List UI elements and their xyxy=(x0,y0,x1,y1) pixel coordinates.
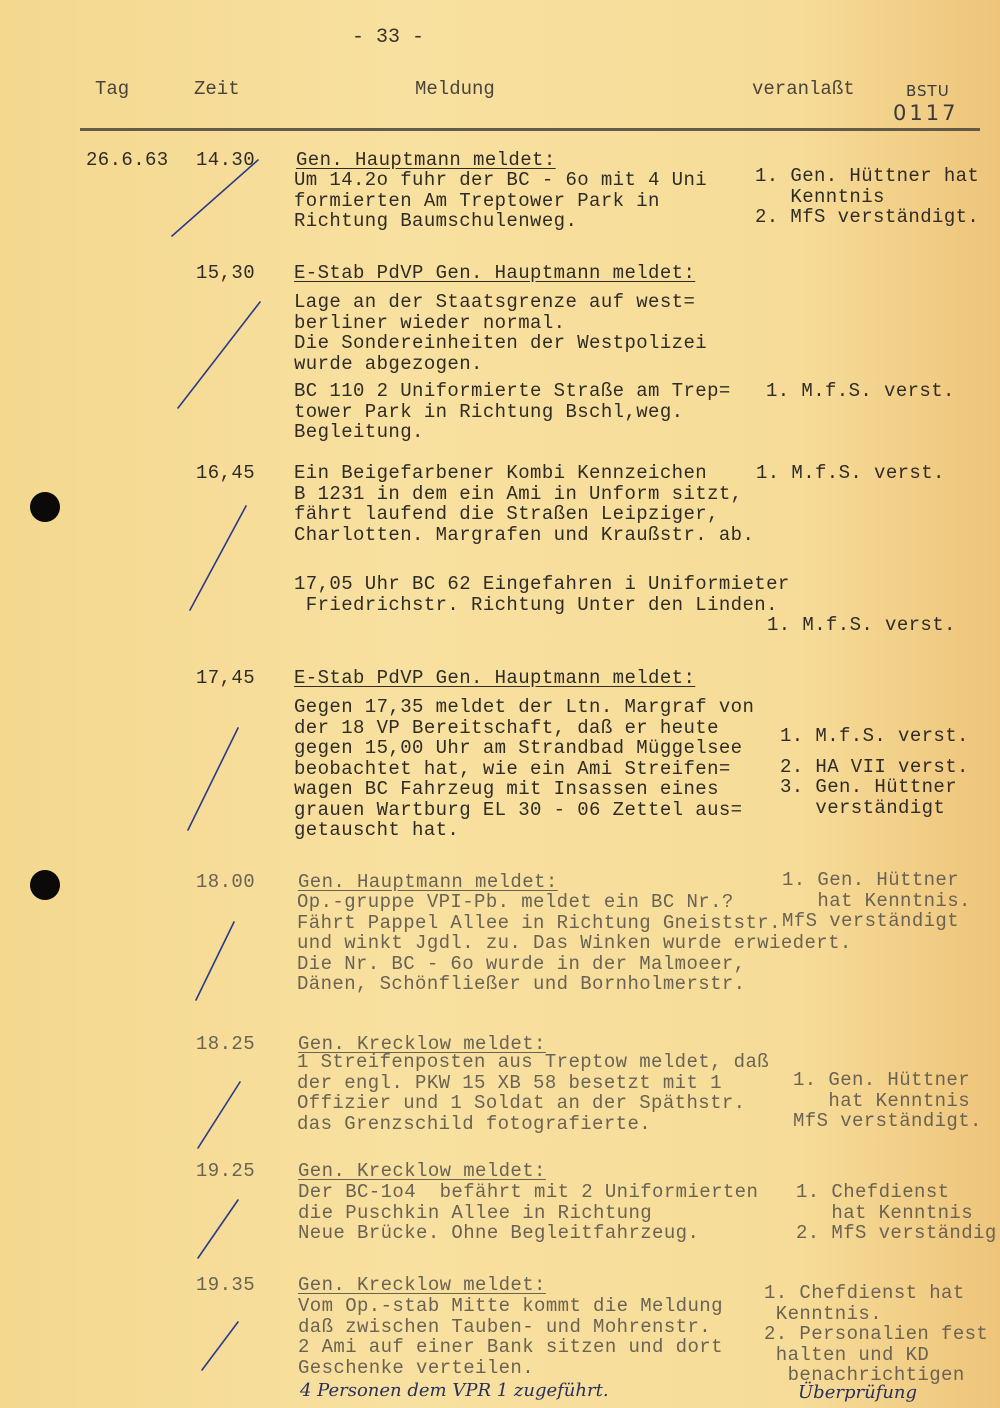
tick-mark-icon xyxy=(178,302,260,408)
tick-mark-icon xyxy=(198,1200,238,1258)
tick-mark-icon xyxy=(196,922,234,1000)
tick-mark-icon xyxy=(202,1322,238,1370)
check-marks xyxy=(0,0,1000,1408)
tick-mark-icon xyxy=(188,728,238,830)
tick-mark-icon xyxy=(190,506,246,610)
tick-mark-icon xyxy=(172,160,258,236)
tick-mark-icon xyxy=(198,1082,240,1148)
